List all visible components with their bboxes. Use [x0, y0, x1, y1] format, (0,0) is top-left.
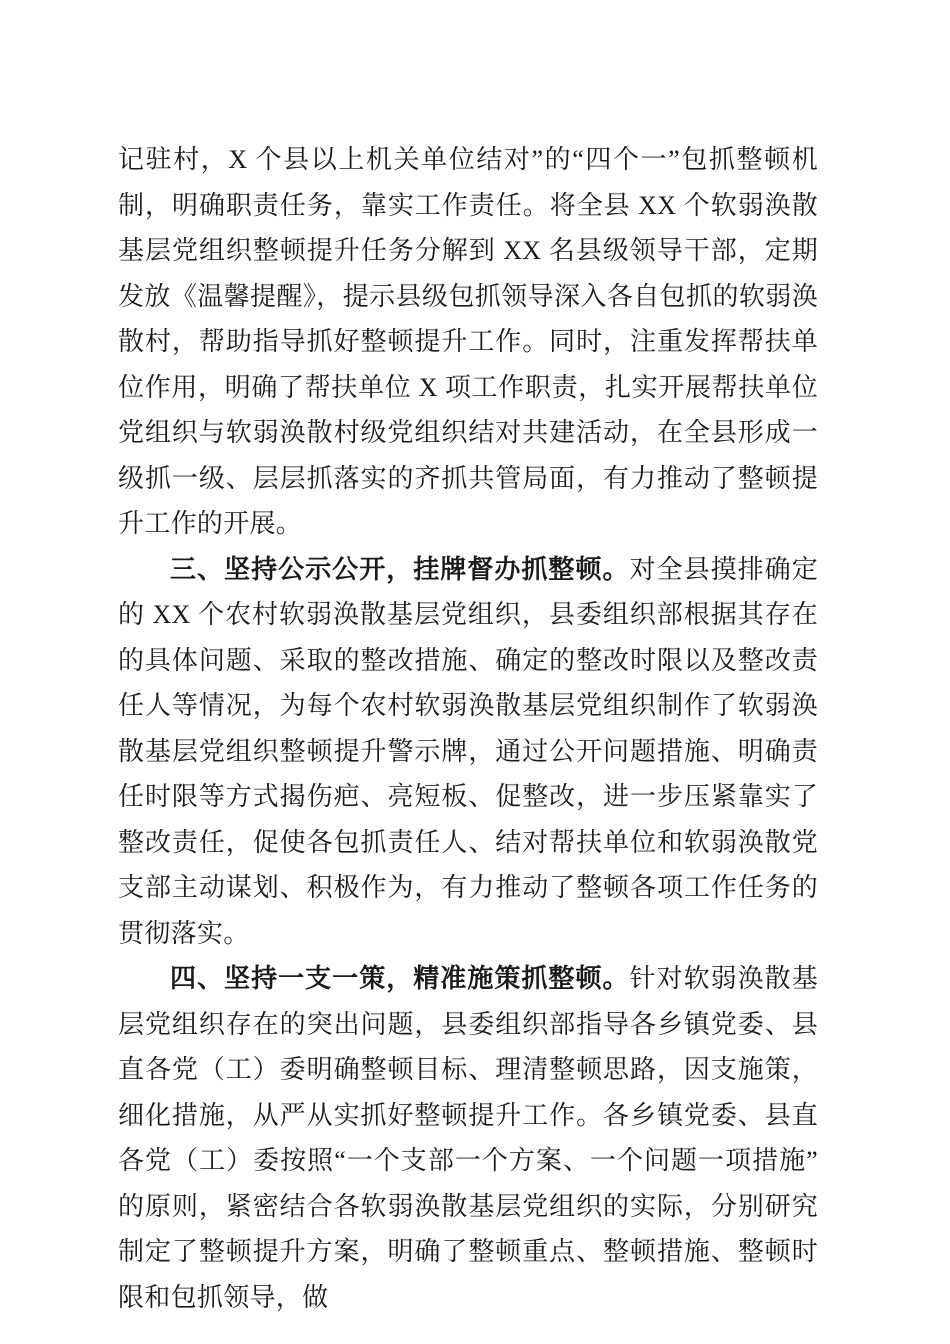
paragraph-continuation: 记驻村，X 个县以上机关单位结对”的“四个一”包抓整顿机制，明确职责任务，靠实工…: [118, 137, 818, 547]
paragraph-continuation-text: 记驻村，X 个县以上机关单位结对”的“四个一”包抓整顿机制，明确职责任务，靠实工…: [118, 145, 818, 538]
paragraph-section-four: 四、坚持一支一策，精准施策抓整顿。针对软弱涣散基层党组织存在的突出问题，县委组织…: [118, 956, 818, 1320]
paragraph-section-three: 三、坚持公示公开，挂牌督办抓整顿。对全县摸排确定的 XX 个农村软弱涣散基层党组…: [118, 547, 818, 957]
section-four-text: 针对软弱涣散基层党组织存在的突出问题，县委组织部指导各乡镇党委、县直各党（工）委…: [118, 964, 818, 1312]
section-four-heading: 四、坚持一支一策，精准施策抓整顿。: [170, 963, 630, 993]
document-page: 记驻村，X 个县以上机关单位结对”的“四个一”包抓整顿机制，明确职责任务，靠实工…: [0, 0, 950, 1344]
section-three-text: 对全县摸排确定的 XX 个农村软弱涣散基层党组织，县委组织部根据其存在的具体问题…: [118, 555, 818, 948]
section-three-heading: 三、坚持公示公开，挂牌督办抓整顿。: [170, 554, 630, 584]
